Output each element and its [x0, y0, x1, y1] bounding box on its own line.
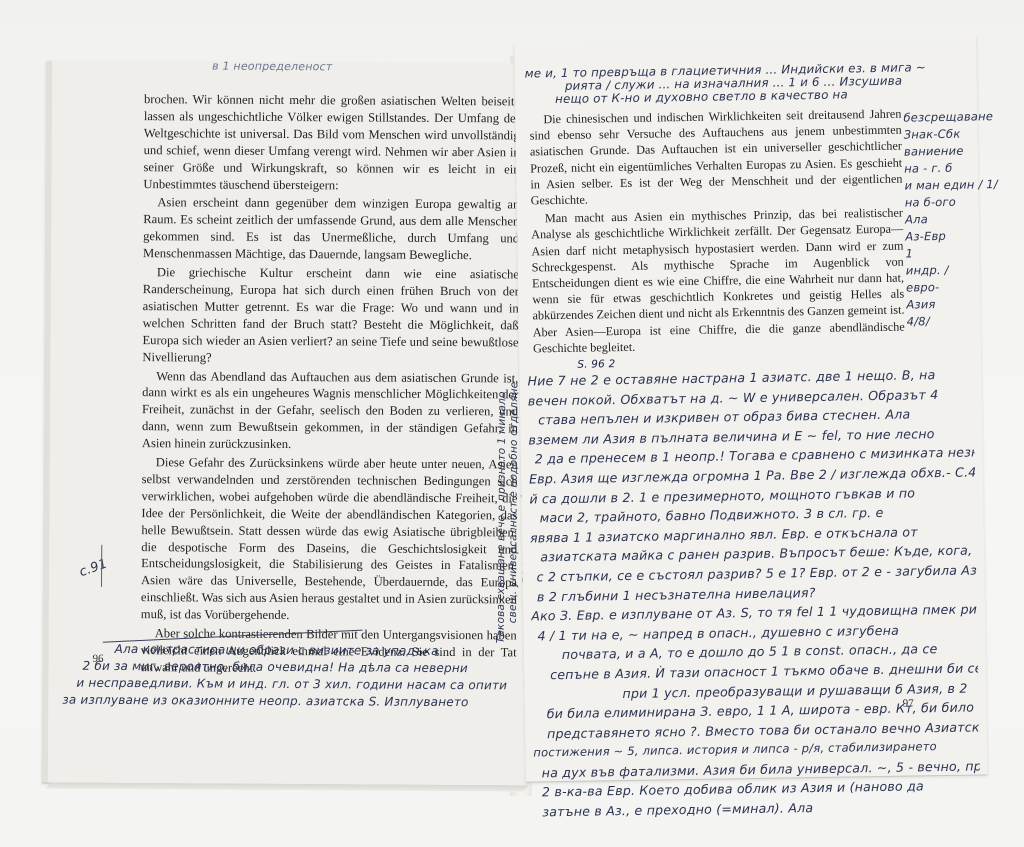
margin-note: евро-	[906, 278, 978, 296]
top-annotation: в 1 неопределеност	[212, 60, 332, 74]
paragraph: Die griechische Kultur erscheint dann wi…	[142, 264, 519, 368]
margin-note: Аз-Евр	[905, 227, 977, 245]
margin-note: 4/8/	[907, 312, 979, 330]
footer-handwriting: Ала контрастиращи образи с визиите за уп…	[102, 641, 522, 712]
left-page-body: brochen. Wir können nicht mehr die große…	[140, 91, 520, 678]
margin-note: и ман един / 1/	[904, 176, 976, 194]
margin-note: на б-ого	[905, 193, 977, 211]
margin-note: ваниение	[904, 142, 976, 160]
right-page: ме и, 1 то превръща в глациетичния ... И…	[514, 36, 988, 781]
margin-note: Знак-Сбк	[904, 125, 976, 143]
top-handwriting: ме и, 1 то превръща в глациетичния ... И…	[525, 61, 966, 107]
handwritten-line: за изплуване из оказионните неопр. азиат…	[62, 692, 522, 712]
margin-note: индр. /	[906, 261, 978, 279]
paragraph: Diese Gefahr des Zurücksinkens würde abe…	[141, 454, 518, 625]
paragraph: Asien erscheint dann gegenüber dem winzi…	[143, 195, 519, 265]
paragraph: Wenn das Abendland das Auftauchen aus de…	[142, 368, 519, 455]
paragraph: brochen. Wir können nicht mehr die große…	[143, 91, 520, 195]
page-number: 97	[903, 697, 914, 709]
handwritten-translation: Ние 7 не 2 е оставяне настрана 1 азиатс.…	[527, 365, 980, 823]
margin-bracket-line	[101, 545, 102, 587]
margin-note: на - г. б	[904, 159, 976, 177]
margin-note: 1	[905, 244, 977, 262]
paragraph: Man macht aus Asien ein mythisches Prinz…	[531, 205, 905, 357]
photo-background: в 1 неопределеност brochen. Wir können n…	[0, 0, 1024, 847]
left-page: в 1 неопределеност brochen. Wir können n…	[42, 61, 530, 786]
margin-note: Азия	[906, 295, 978, 313]
section-mark: S. 96 2	[577, 358, 615, 371]
margin-note: Ала	[905, 210, 977, 228]
right-page-body: Die chinesischen und indischen Wirklichk…	[529, 106, 905, 357]
vertical-annotation: свещ. универсалност е подобно отделяне	[507, 382, 520, 624]
margin-note: безсрещаване	[903, 108, 975, 126]
right-margin-notes: безсрещаване Знак-Сбк ваниение на - г. б…	[903, 108, 978, 330]
paragraph: Die chinesischen und indischen Wirklichk…	[529, 106, 902, 209]
margin-annotation: с.91	[77, 556, 109, 580]
